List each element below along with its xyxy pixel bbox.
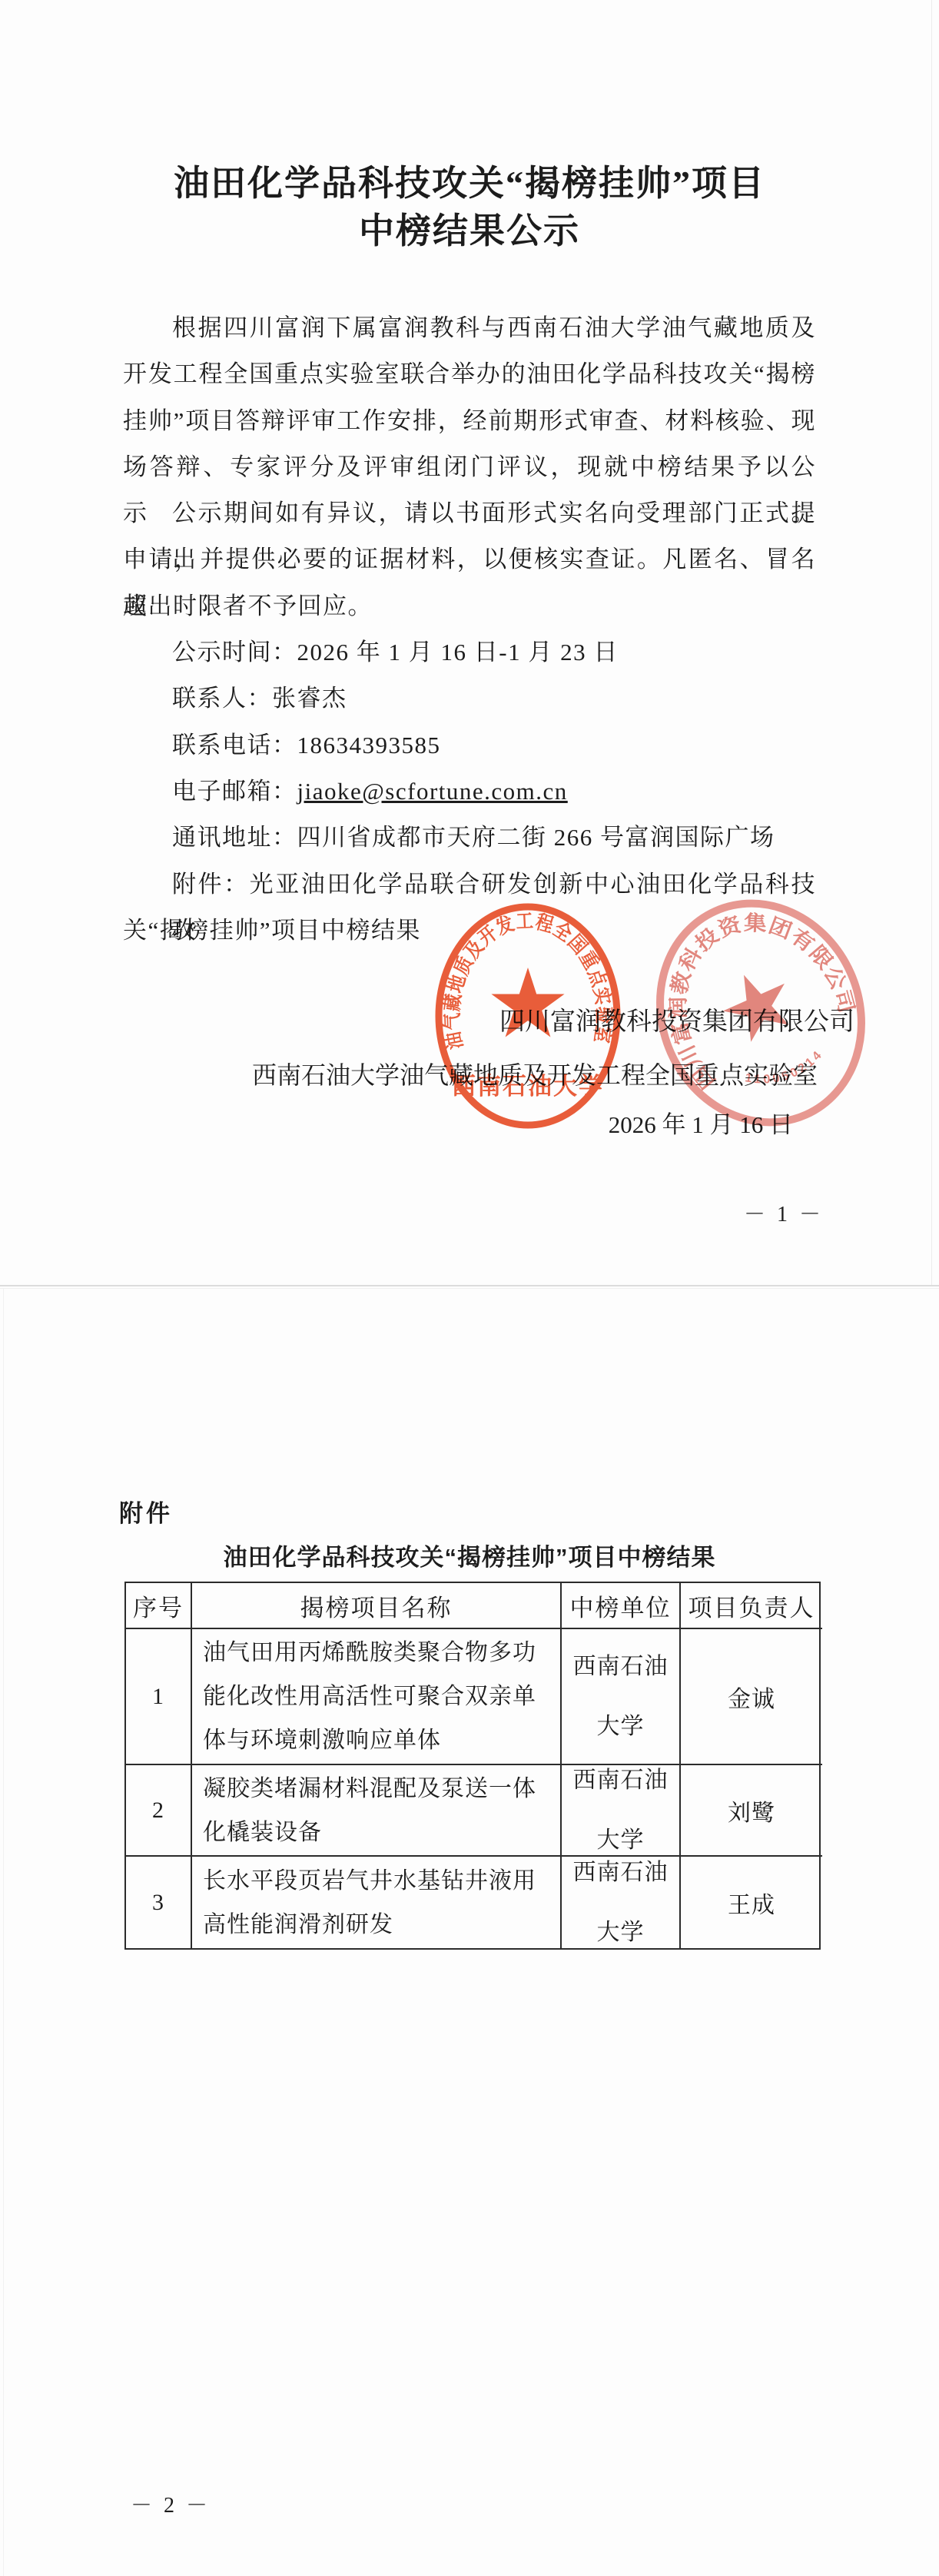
col-header-project: 揭榜项目名称 (192, 1583, 562, 1629)
body-line: 申请，并提供必要的证据材料，以便核实查证。凡匿名、冒名或 (123, 536, 816, 583)
table-row-3-project: 长水平段页岩气井水基钻井液用高性能润滑剂研发 (192, 1857, 562, 1948)
attachment-ref-line2: 关“揭榜挂帅”项目中榜结果 (123, 908, 816, 954)
document-title-line1: 油田化学品科技攻关“揭榜挂帅”项目 (0, 160, 939, 207)
address-text: 通讯地址：四川省成都市天府二街 266 号富润国际广场 (172, 824, 775, 851)
body-text: 根据四川富润下属富润教科与西南石油大学油气藏地质及 开发工程全国重点实验室联合举… (123, 305, 816, 954)
body-line: 场答辩、专家评分及评审组闭门评议，现就中榜结果予以公示。 (123, 444, 816, 490)
project-text: 长水平段页岩气井水基钻井液用高性能润滑剂研发 (203, 1859, 549, 1947)
col-header-no: 序号 (126, 1583, 192, 1629)
project-text: 油气田用丙烯酰胺类聚合物多功能化改性用高活性可聚合双亲单体与环境刺激响应单体 (203, 1631, 549, 1762)
body-line: 开发工程全国重点实验室联合举办的油田化学品科技攻关“揭榜 (123, 351, 816, 397)
unit-text: 西南石油大学 (562, 1765, 679, 1857)
table-row-2-leader: 刘鹭 (681, 1765, 822, 1857)
scanned-document: 油田化学品科技攻关“揭榜挂帅”项目 中榜结果公示 根据四川富润下属富润教科与西南… (0, 0, 939, 2576)
table-row-2-no: 2 (126, 1765, 192, 1857)
attachment-heading: 附件 (119, 1494, 173, 1529)
page1-number: － 1 － (744, 1197, 824, 1228)
results-table-title: 油田化学品科技攻关“揭榜挂帅”项目中榜结果 (0, 1538, 939, 1572)
results-table: 序号 揭榜项目名称 中榜单位 项目负责人 1 油气田用丙烯酰胺类聚合物多功能化改… (124, 1582, 821, 1950)
body-line: 公示期间如有异议，请以书面形式实名向受理部门正式提出 (123, 490, 816, 536)
signature-date: 2026 年 1 月 16 日 (609, 1105, 793, 1140)
signature-company: 四川富润教科投资集团有限公司 (499, 1001, 854, 1037)
body-line: 根据四川富润下属富润教科与西南石油大学油气藏地质及 (123, 305, 816, 351)
document-title-line2: 中榜结果公示 (0, 207, 939, 255)
page-break-divider-shadow (0, 1288, 939, 1289)
body-line: 挂帅”项目答辩评审工作安排，经前期形式审查、材料核验、现 (123, 398, 816, 444)
table-row-3-unit: 西南石油大学 (562, 1857, 681, 1948)
table-row-1-unit: 西南石油大学 (562, 1629, 681, 1765)
unit-text: 西南石油大学 (562, 1857, 679, 1948)
col-header-unit: 中榜单位 (562, 1583, 681, 1629)
table-row-1-project: 油气田用丙烯酰胺类聚合物多功能化改性用高活性可聚合双亲单体与环境刺激响应单体 (192, 1629, 562, 1765)
attachment-ref-line: 附件：光亚油田化学品联合研发创新中心油田化学品科技攻 (123, 861, 816, 908)
table-row-1-leader: 金诚 (681, 1629, 822, 1765)
contact-email-line: 电子邮箱：jiaoke@scfortune.com.cn (123, 768, 816, 815)
publicity-period-line: 公示时间：2026 年 1 月 16 日-1 月 23 日 (123, 629, 816, 676)
page2-left-edge (3, 1289, 4, 2576)
project-text: 凝胶类堵漏材料混配及泵送一体化橇装设备 (203, 1767, 549, 1854)
email-label: 电子邮箱： (172, 778, 297, 805)
table-row-1-no: 1 (126, 1629, 192, 1765)
document-title: 油田化学品科技攻关“揭榜挂帅”项目 中榜结果公示 (0, 160, 939, 255)
contact-person-line: 联系人：张睿杰 (123, 676, 816, 722)
table-row-2-project: 凝胶类堵漏材料混配及泵送一体化橇装设备 (192, 1765, 562, 1857)
body-line: 超出时限者不予回应。 (123, 583, 816, 629)
table-row-3-no: 3 (126, 1857, 192, 1948)
contact-phone-line: 联系电话：18634393585 (123, 722, 816, 768)
signature-laboratory: 西南石油大学油气藏地质及开发工程全国重点实验室 (252, 1056, 818, 1091)
page2-number: － 2 － (131, 2488, 211, 2519)
col-header-leader: 项目负责人 (681, 1583, 822, 1629)
email-link[interactable]: jiaoke@scfortune.com.cn (297, 778, 568, 805)
table-row-3-leader: 王成 (681, 1857, 822, 1948)
unit-text: 西南石油大学 (562, 1637, 679, 1757)
contact-address-line: 通讯地址：四川省成都市天府二街 266 号富润国际广场 (123, 815, 816, 861)
page-break-divider (0, 1285, 939, 1286)
page1-right-edge (931, 0, 932, 1285)
table-row-2-unit: 西南石油大学 (562, 1765, 681, 1857)
